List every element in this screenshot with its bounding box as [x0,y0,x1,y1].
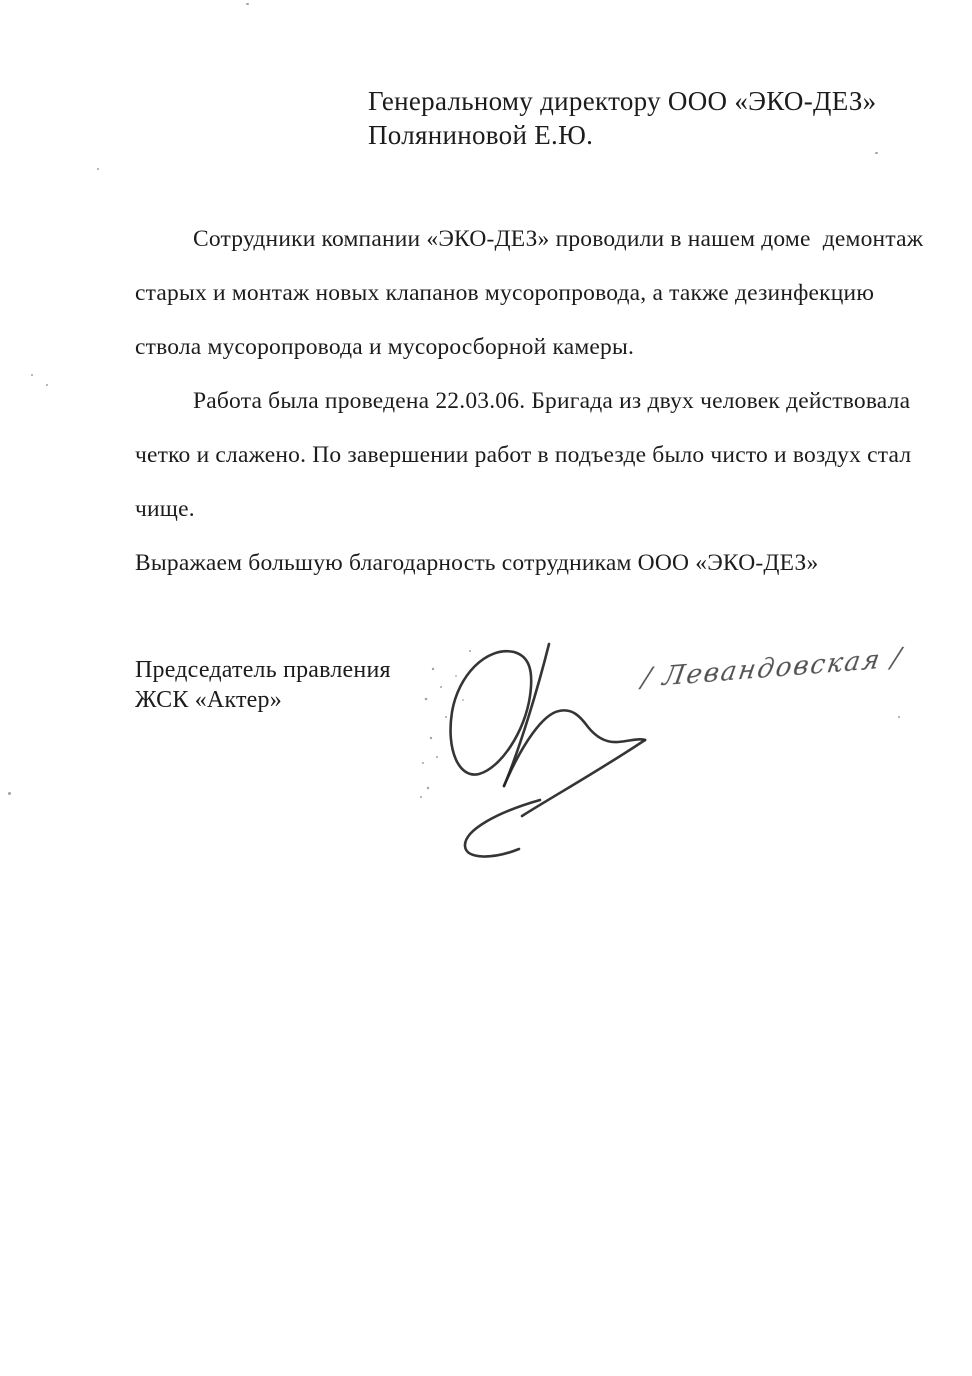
letter-body: Сотрудники компании «ЭКО-ДЕЗ» проводили … [135,224,935,602]
handwritten-name: / Левандовская / [639,643,904,694]
body-line: Работа была проведена 22.03.06. Бригада … [135,386,935,440]
recipient-line-2: Поляниновой Е.Ю. [368,118,876,152]
scan-speck [97,168,99,170]
scan-speck [898,716,900,718]
signoff-title-line-1: Председатель правления [135,655,391,685]
body-line: чище. [135,494,935,548]
scan-speck [8,792,11,795]
signature-ink [405,620,665,880]
body-line: Выражаем большую благодарность сотрудник… [135,548,935,602]
scan-speck [875,152,878,154]
recipient-line-1: Генеральному директору ООО «ЭКО-ДЕЗ» [368,84,876,118]
recipient-block: Генеральному директору ООО «ЭКО-ДЕЗ» Пол… [368,84,876,152]
letter-page: Генеральному директору ООО «ЭКО-ДЕЗ» Пол… [0,0,972,1376]
signoff-block: Председатель правления ЖСК «Актер» [135,655,391,715]
body-line: ствола мусоропровода и мусоросборной кам… [135,332,935,386]
scan-speck [46,384,48,386]
body-line: старых и монтаж новых клапанов мусоропро… [135,278,935,332]
body-line: четко и слажено. По завершении работ в п… [135,440,935,494]
scan-speck [246,3,249,5]
body-line: Сотрудники компании «ЭКО-ДЕЗ» проводили … [135,224,935,278]
scan-speck [31,374,33,376]
signoff-title-line-2: ЖСК «Актер» [135,685,391,715]
